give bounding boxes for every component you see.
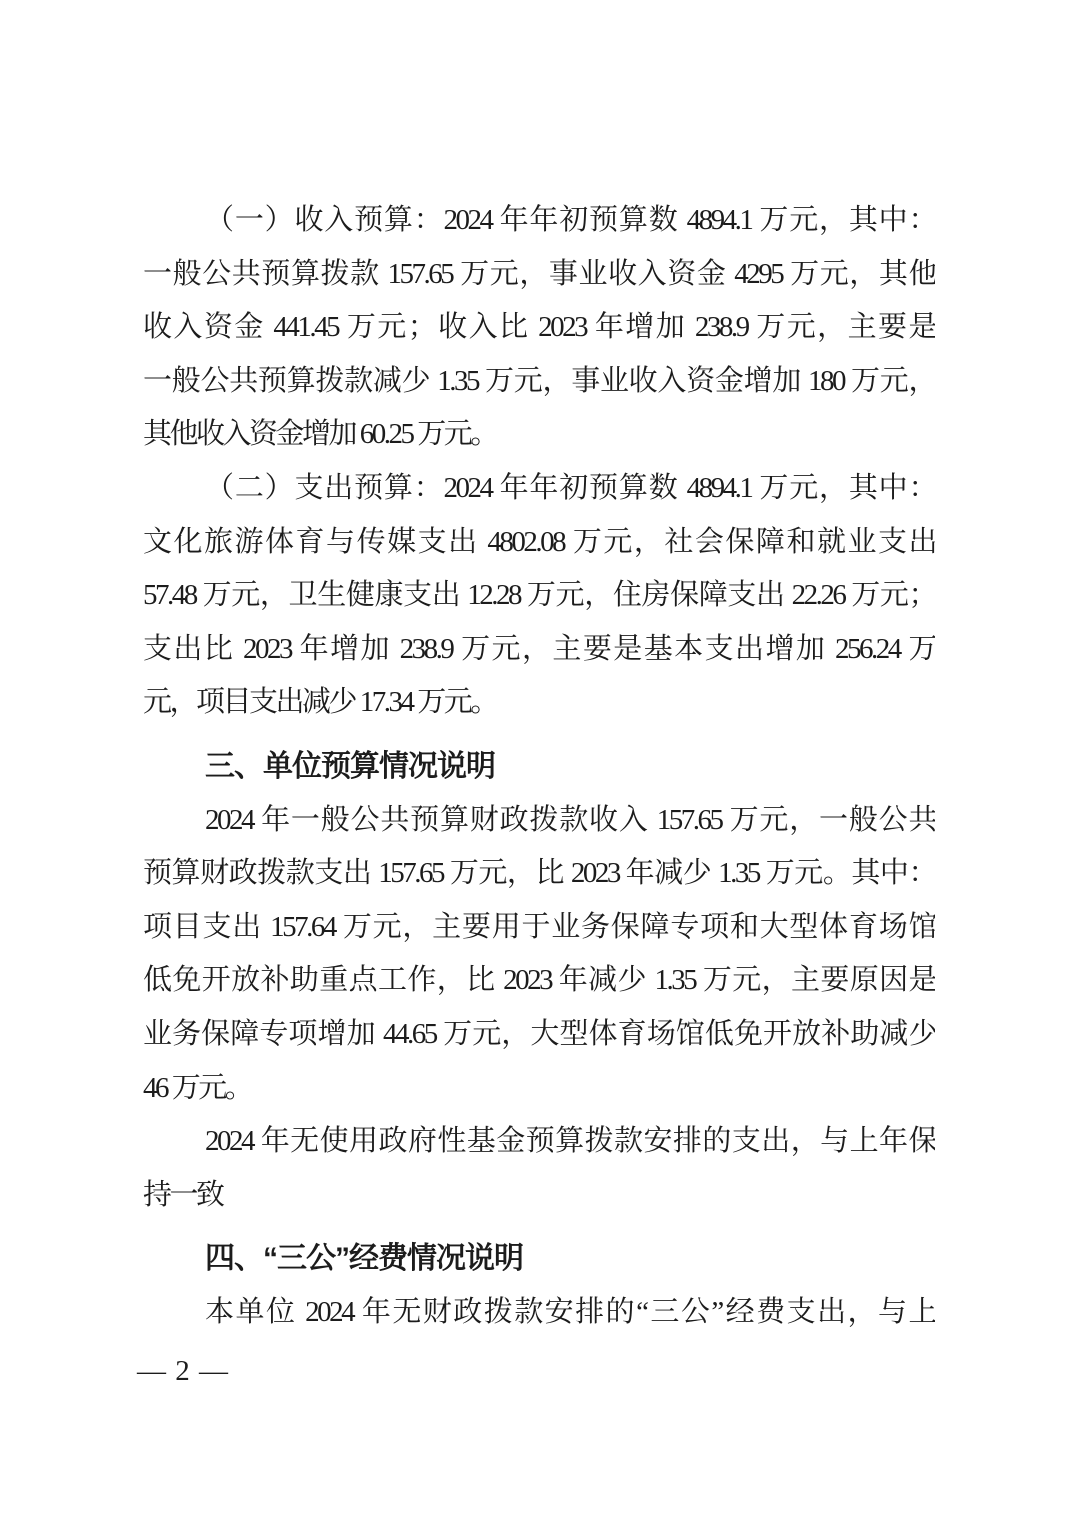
text-line: 支出比 2023 年增加 238.9 万元，主要是基本支出增加 256.24 万	[143, 623, 935, 677]
text-line: 收入资金 441.45 万元；收入比 2023 年增加 238.9 万元，主要是	[143, 301, 935, 355]
text-line: 低免开放补助重点工作，比 2023 年减少 1.35 万元，主要原因是	[143, 954, 935, 1008]
text-line: 预算财政拨款支出 157.65 万元，比 2023 年减少 1.35 万元。其中…	[143, 847, 935, 901]
text-line: （一）收入预算：2024 年年初预算数 4894.1 万元，其中：	[143, 194, 935, 248]
text-line: 元，项目支出减少 17.34 万元。	[143, 676, 935, 730]
page-number: — 2 —	[137, 1351, 229, 1391]
text-line: 业务保障专项增加 44.65 万元，大型体育场馆低免开放补助减少	[143, 1008, 935, 1062]
text-line: 2024 年无使用政府性基金预算拨款安排的支出，与上年保	[143, 1115, 935, 1169]
section-heading: 三、单位预算情况说明	[143, 740, 935, 794]
text-line: 57.48 万元，卫生健康支出 12.28 万元，住房保障支出 22.26 万元…	[143, 569, 935, 623]
document-body: （一）收入预算：2024 年年初预算数 4894.1 万元，其中： 一般公共预算…	[143, 194, 935, 1339]
text-line: 其他收入资金增加 60.25 万元。	[143, 408, 935, 462]
section-heading: 四、“三公”经费情况说明	[143, 1232, 935, 1286]
text-line: 一般公共预算拨款减少 1.35 万元，事业收入资金增加 180 万元，	[143, 355, 935, 409]
text-line: （二）支出预算：2024 年年初预算数 4894.1 万元，其中：	[143, 462, 935, 516]
text-line: 46 万元。	[143, 1062, 935, 1116]
text-line: 文化旅游体育与传媒支出 4802.08 万元，社会保障和就业支出	[143, 516, 935, 570]
text-line: 一般公共预算拨款 157.65 万元，事业收入资金 4295 万元，其他	[143, 248, 935, 302]
text-line: 持一致	[143, 1169, 935, 1223]
document-page: （一）收入预算：2024 年年初预算数 4894.1 万元，其中： 一般公共预算…	[0, 0, 1074, 1520]
text-line: 2024 年一般公共预算财政拨款收入 157.65 万元，一般公共	[143, 794, 935, 848]
text-line: 本单位 2024 年无财政拨款安排的“三公”经费支出，与上	[143, 1286, 935, 1340]
text-line: 项目支出 157.64 万元，主要用于业务保障专项和大型体育场馆	[143, 901, 935, 955]
